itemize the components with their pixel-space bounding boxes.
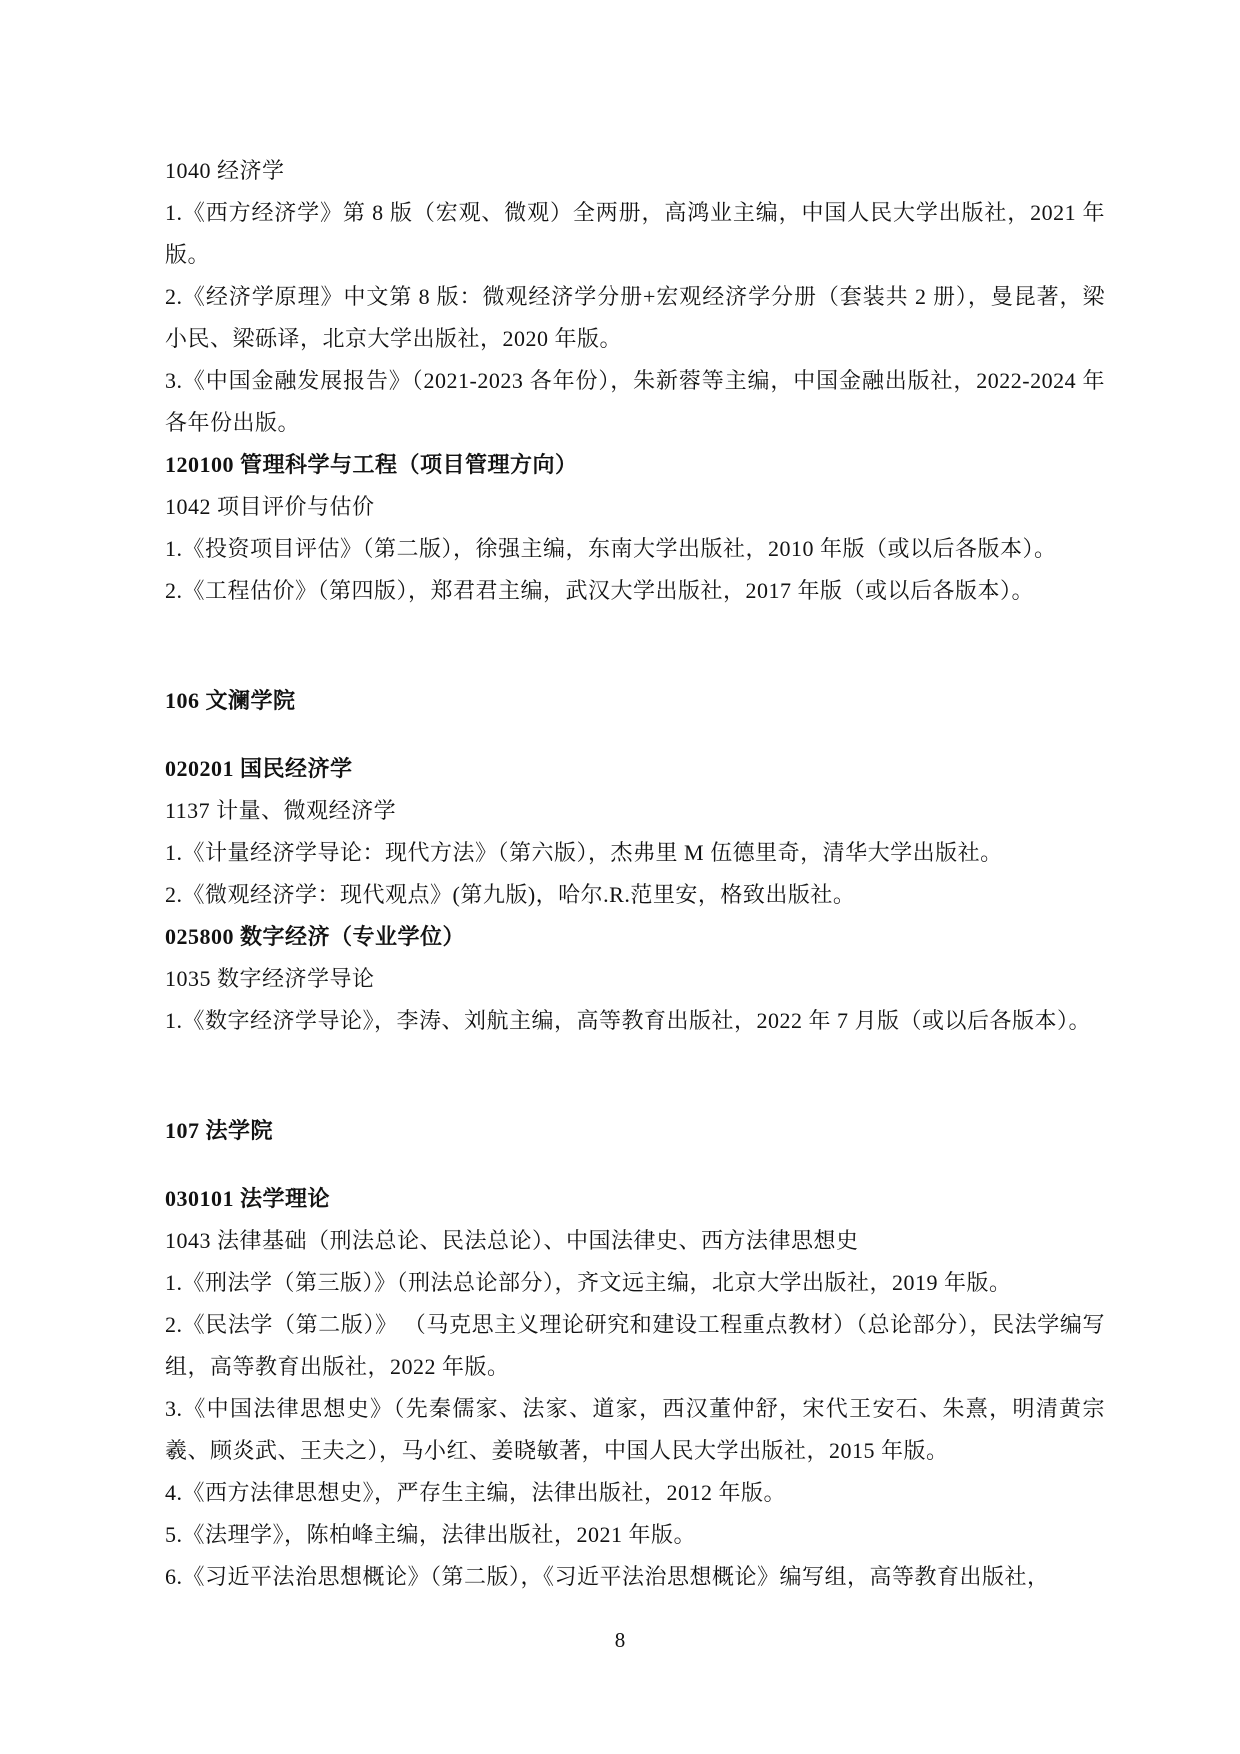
book-list-item: 1.《投资项目评估》（第二版），徐强主编，东南大学出版社，2010 年版（或以后… [165, 528, 1105, 570]
book-list-item: 1.《刑法学（第三版）》（刑法总论部分），齐文远主编，北京大学出版社，2019 … [165, 1262, 1105, 1304]
subject-heading: 1043 法律基础（刑法总论、民法总论）、中国法律史、西方法律思想史 [165, 1220, 1105, 1262]
book-list-item: 2.《微观经济学：现代观点》(第九版)，哈尔.R.范里安，格致出版社。 [165, 874, 1105, 916]
book-list-item: 4.《西方法律思想史》，严存生主编，法律出版社，2012 年版。 [165, 1472, 1105, 1514]
book-list-item: 2.《民法学（第二版）》 （马克思主义理论研究和建设工程重点教材）（总论部分），… [165, 1304, 1105, 1388]
subject-heading: 1042 项目评价与估价 [165, 486, 1105, 528]
page-content: 1040 经济学 1.《西方经济学》第 8 版（宏观、微观）全两册，高鸿业主编，… [165, 150, 1105, 1598]
book-list-item: 1.《西方经济学》第 8 版（宏观、微观）全两册，高鸿业主编，中国人民大学出版社… [165, 192, 1105, 276]
major-heading: 020201 国民经济学 [165, 748, 1105, 790]
book-list-item: 3.《中国金融发展报告》（2021-2023 各年份），朱新蓉等主编，中国金融出… [165, 360, 1105, 444]
book-list-item: 1.《计量经济学导论：现代方法》（第六版），杰弗里 M 伍德里奇，清华大学出版社… [165, 832, 1105, 874]
book-list-item: 2.《经济学原理》中文第 8 版：微观经济学分册+宏观经济学分册（套装共 2 册… [165, 276, 1105, 360]
book-list-item: 3.《中国法律思想史》（先秦儒家、法家、道家，西汉董仲舒，宋代王安石、朱熹，明清… [165, 1388, 1105, 1472]
school-heading: 106 文澜学院 [165, 680, 1105, 722]
book-list-item: 2.《工程估价》（第四版），郑君君主编，武汉大学出版社，2017 年版（或以后各… [165, 570, 1105, 612]
major-heading: 025800 数字经济（专业学位） [165, 916, 1105, 958]
major-heading: 120100 管理科学与工程（项目管理方向） [165, 444, 1105, 486]
subject-heading: 1035 数字经济学导论 [165, 958, 1105, 1000]
document-page: 1040 经济学 1.《西方经济学》第 8 版（宏观、微观）全两册，高鸿业主编，… [0, 0, 1240, 1754]
book-list-item: 5.《法理学》，陈柏峰主编，法律出版社，2021 年版。 [165, 1514, 1105, 1556]
school-heading: 107 法学院 [165, 1110, 1105, 1152]
book-list-item: 6.《习近平法治思想概论》（第二版），《习近平法治思想概论》编写组，高等教育出版… [165, 1556, 1105, 1598]
subject-heading: 1137 计量、微观经济学 [165, 790, 1105, 832]
page-number: 8 [0, 1619, 1240, 1661]
subject-heading: 1040 经济学 [165, 150, 1105, 192]
major-heading: 030101 法学理论 [165, 1178, 1105, 1220]
book-list-item: 1.《数字经济学导论》，李涛、刘航主编，高等教育出版社，2022 年 7 月版（… [165, 1000, 1105, 1042]
